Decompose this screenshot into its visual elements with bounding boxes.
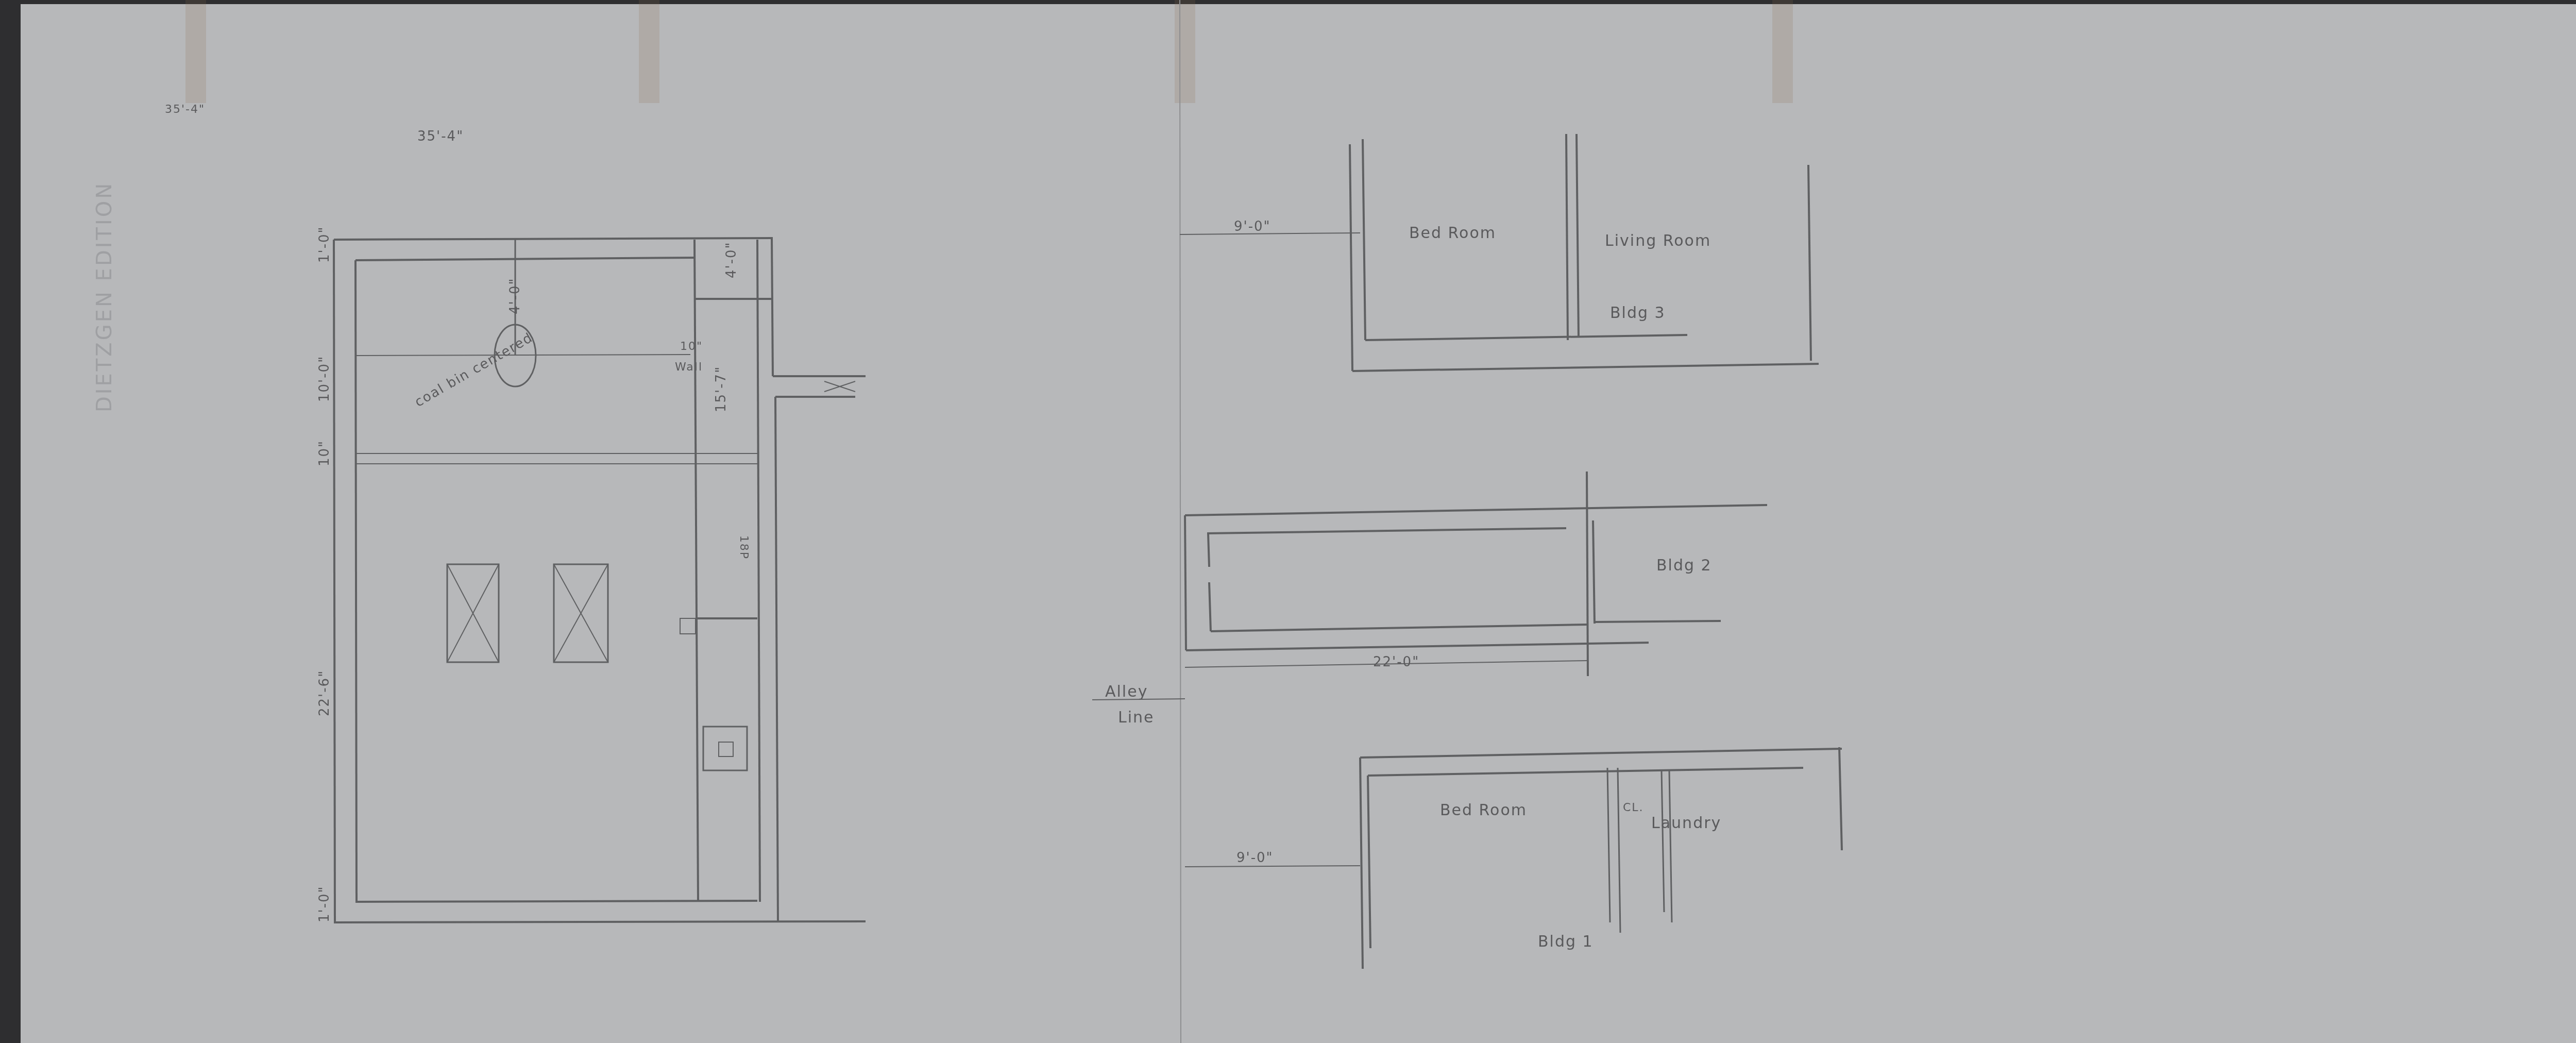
bldg3-bedroom: Bed Room	[1409, 224, 1496, 242]
bldg3-livingroom: Living Room	[1605, 232, 1711, 250]
bldg1-closet: CL.	[1623, 801, 1644, 814]
wall-thickness: 10"	[680, 340, 703, 353]
coal-bin-dim: 4'-0"	[507, 277, 523, 314]
floor-plan-lines	[0, 0, 2576, 1043]
dim-left-1: 1'-0"	[317, 226, 332, 263]
bldg3-label: Bldg 3	[1610, 304, 1666, 322]
boxed-dimension: 35'-4"	[417, 129, 464, 144]
bldg1-bedroom: Bed Room	[1440, 801, 1527, 819]
faded-stamp: DIETZGEN EDITION	[93, 181, 116, 412]
bldg2-label: Bldg 2	[1656, 557, 1712, 575]
dim-left-2: 10'-0"	[317, 356, 332, 402]
dim-left-4: 22'-6"	[317, 670, 332, 716]
buildings-outline	[1092, 0, 1842, 1043]
alley-label-1: Alley	[1105, 683, 1148, 701]
alley-label-2: Line	[1118, 709, 1155, 727]
dim-left-3: 10"	[317, 440, 332, 466]
dim-note: 18P	[737, 535, 750, 560]
bldg3-setback: 9'-0"	[1234, 219, 1271, 234]
wall-label: Wall	[675, 361, 703, 374]
dim-left-5: 1'-0"	[317, 885, 332, 922]
bldg1-setback: 9'-0"	[1236, 850, 1274, 866]
dim-right-mid: 15'-7"	[714, 366, 729, 412]
left-plan-outline	[334, 238, 866, 922]
bldg1-laundry: Laundry	[1651, 814, 1721, 832]
bldg2-width: 22'-0"	[1373, 654, 1419, 670]
bldg1-label: Bldg 1	[1538, 933, 1594, 951]
top-left-note: 35'-4"	[165, 103, 205, 116]
dim-right-top: 4'-0"	[724, 241, 739, 278]
